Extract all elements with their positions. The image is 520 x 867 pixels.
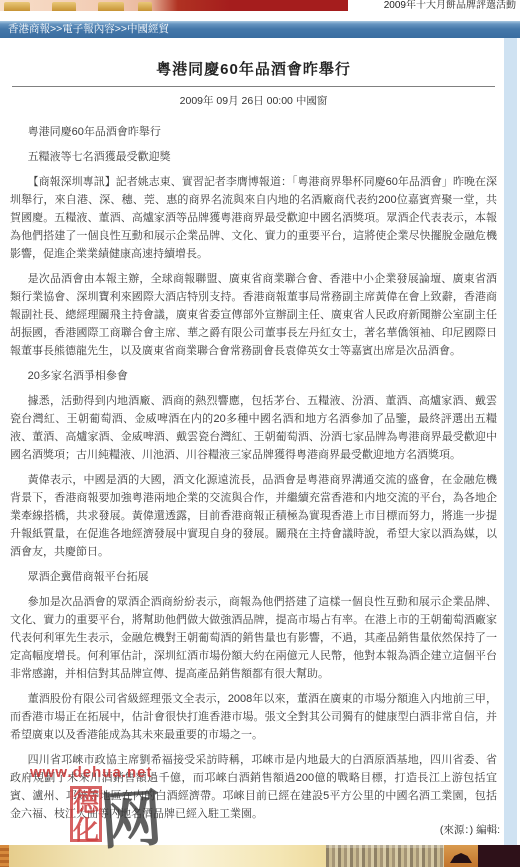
banner-gold-glyph: [98, 2, 124, 11]
banner-gold-glyph: [138, 2, 152, 11]
banner-gold-gradient: [9, 845, 326, 867]
banner-pagoda-silhouette: [444, 845, 478, 867]
source-editor-label: (來源：) 編輯:: [440, 822, 500, 837]
article-subhead: 20多家名酒爭相參會: [10, 367, 497, 385]
masthead: 2009年十大月餅品牌評選活動: [0, 0, 520, 21]
article-dateline: 2009年 09月 26日 00:00 中國窗: [10, 93, 497, 108]
page-title: 粤港同慶60年品酒會昨舉行: [10, 58, 497, 79]
banner-left-texture: [0, 845, 9, 867]
article-paragraph: 董酒股份有限公司省級經理張文全表示，2008年以來，董酒在廣東的市場分額進入内地…: [10, 690, 497, 744]
promo-link-mooncake-contest[interactable]: 2009年十大月餅品牌評選活動: [348, 0, 516, 13]
banner-gold-glyph: [52, 2, 76, 11]
article-paragraph: 【商報深圳專訊】記者姚志東、實習記者李膺博報道：「粤港商界舉杯同慶60年品酒會」…: [10, 173, 497, 263]
banner-skyline-image: [326, 845, 444, 867]
article-paragraph: 黃偉表示，中國是酒的大國，酒文化源遠流長，品酒會是粤港商界溝通交流的盛會，在金融…: [10, 471, 497, 561]
seal-net-character: 网: [97, 768, 165, 861]
article: 粤港同慶60年品酒會昨舉行 2009年 09月 26日 00:00 中國窗 粤港…: [10, 52, 497, 842]
article-subhead: 眾酒企冀借商報平台拓展: [10, 568, 497, 586]
masthead-banner-image: [0, 0, 348, 11]
article-paragraph: 據悉，活動得到内地酒廠、酒商的熱烈響應，包括茅台、五糧液、汾酒、董酒、高爐家酒、…: [10, 392, 497, 464]
bottom-banner-image: [0, 845, 520, 867]
article-paragraph: 五糧液等七名酒獲最受歡迎獎: [10, 148, 497, 166]
title-divider: [12, 86, 495, 87]
page: 2009年十大月餅品牌評選活動 香港商報>>電子報內容>>中國經貿 粤港同慶60…: [0, 0, 520, 867]
banner-gold-glyph: [4, 2, 30, 11]
article-body: 粤港同慶60年品酒會昨舉行 五糧液等七名酒獲最受歡迎獎 【商報深圳專訊】記者姚志…: [10, 123, 497, 823]
banner-dark-block: [478, 845, 520, 867]
right-sidebar-strip: [504, 38, 517, 845]
article-paragraph: 參加是次品酒會的眾酒企酒商紛紛表示，商報為他們搭建了這樣一個良性互動和展示企業品…: [10, 593, 497, 683]
article-paragraph: 是次品酒會由本報主辦，全球商報聯盟、廣東省商業聯合會、香港中小企業發展論壇、廣東…: [10, 270, 497, 360]
article-paragraph: 粤港同慶60年品酒會昨舉行: [10, 123, 497, 141]
seal-characters: 德化: [70, 786, 102, 842]
breadcrumb[interactable]: 香港商報>>電子報內容>>中國經貿: [0, 21, 520, 38]
